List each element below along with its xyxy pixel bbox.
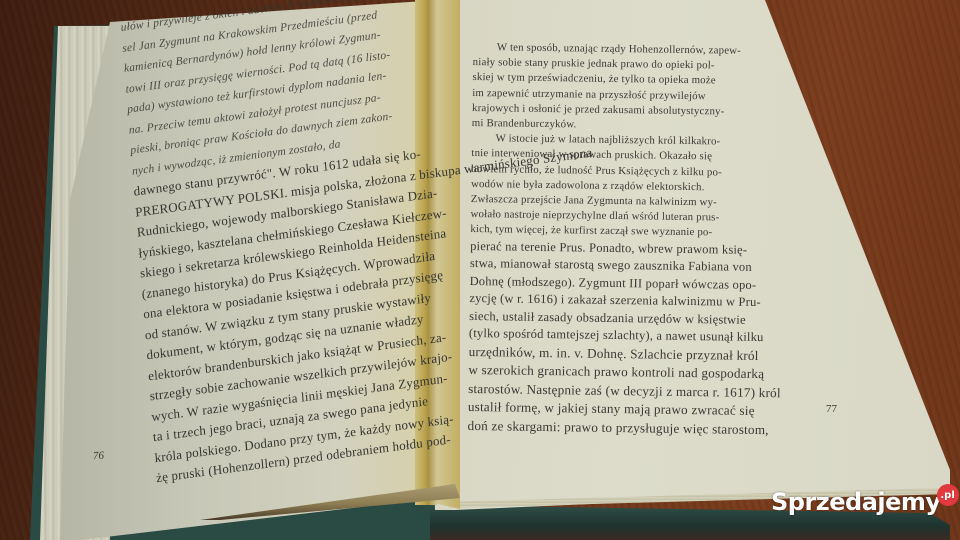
watermark-pl-badge-icon: .pl	[937, 484, 959, 506]
right-page-text: W ten sposób, uznając rządy Hohenzollern…	[467, 40, 785, 439]
watermark-brand-text: Sprzedajemy	[771, 488, 941, 516]
page-number-left: 76	[93, 450, 105, 463]
page-number-right: 77	[826, 403, 837, 415]
sprzedajemy-watermark: Sprzedajemy .pl	[771, 488, 959, 516]
